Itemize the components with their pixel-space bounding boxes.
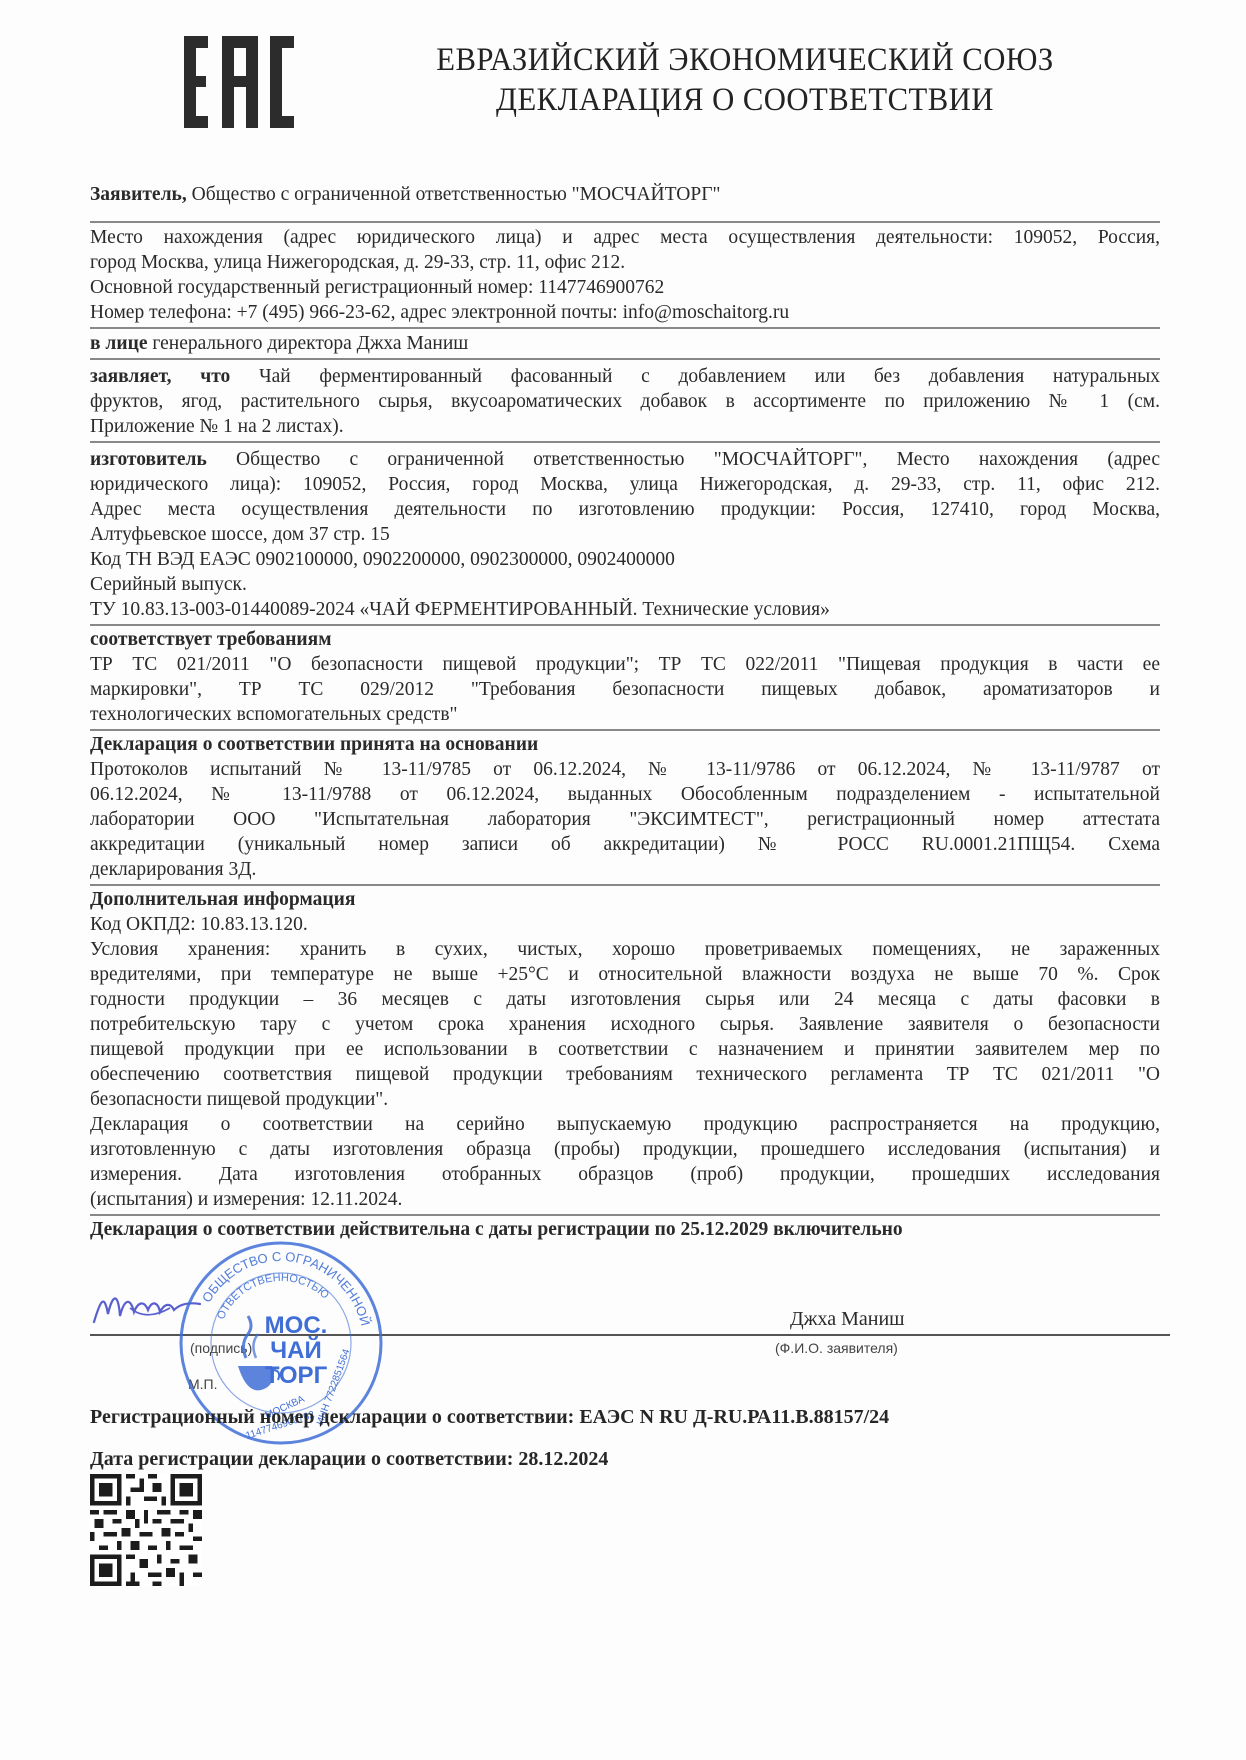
technical-conditions: ТУ 10.83.13-003-01440089-2024 «ЧАЙ ФЕРМЕ… (90, 597, 1160, 622)
applicant-value: Общество с ограниченной ответственностью… (187, 184, 721, 205)
basis-line-3: лаборатории ООО "Испытательная лаборатор… (90, 807, 1160, 832)
registration-date: Дата регистрации декларации о соответств… (90, 1448, 608, 1471)
additional-title: Дополнительная информация (90, 888, 1160, 912)
seal-brand-2: ЧАЙ (270, 1336, 321, 1364)
storage-line: годности продукции – 36 месяцев с даты и… (90, 987, 1160, 1012)
declaration-page: ЕВРАЗИЙСКИЙ ЭКОНОМИЧЕСКИЙ СОЮЗ ДЕКЛАРАЦИ… (0, 0, 1246, 1760)
basis-line-2: 06.12.2024, № 13-11/9788 от 06.12.2024, … (90, 782, 1160, 807)
name-line (478, 1334, 1170, 1336)
requirements-line-2: маркировки", ТР ТС 029/2012 "Требования … (90, 677, 1160, 702)
storage-line: потребительскую тару с учетом срока хран… (90, 1012, 1160, 1037)
applicant-row: Заявитель, Общество с ограниченной ответ… (90, 182, 1160, 207)
represented-label: в лице (90, 333, 147, 354)
serial-line: измерения. Дата изготовления отобранных … (90, 1162, 1160, 1187)
address-line-1: Место нахождения (адрес юридического лиц… (90, 225, 1160, 250)
manufacturer-label: изготовитель (90, 449, 207, 470)
divider (90, 624, 1160, 626)
declares-line-2: фруктов, ягод, растительного сырья, вкус… (90, 389, 1160, 414)
serial-line: (испытания) и измерения: 12.11.2024. (90, 1187, 1160, 1212)
basis-section: Декларация о соответствии принята на осн… (90, 733, 1160, 882)
manufacturer-section: изготовитель Общество с ограниченной отв… (90, 447, 1160, 622)
requirements-line-3: технологических вспомогательных средств" (90, 702, 1160, 727)
basis-line-4: аккредитации (уникальный номер записи об… (90, 832, 1160, 857)
divider (90, 884, 1160, 886)
storage-line: пищевой продукции при ее использовании в… (90, 1037, 1160, 1062)
address-line-2: город Москва, улица Нижегородская, д. 29… (90, 250, 1160, 275)
applicant-name: Джха Маниш (790, 1308, 905, 1331)
divider (90, 221, 1160, 223)
serial-release: Серийный выпуск. (90, 572, 1160, 597)
qr-code-icon[interactable] (90, 1474, 202, 1586)
manufacturer-line-3: Адрес места осуществления деятельности п… (90, 497, 1160, 522)
represented-by-row: в лице генерального директора Джха Маниш (90, 331, 1160, 356)
storage-line: вредителями, при температуре не выше +25… (90, 962, 1160, 987)
basis-line-5: декларирования 3Д. (90, 857, 1160, 882)
address-section: Место нахождения (адрес юридического лиц… (90, 225, 1160, 325)
basis-title: Декларация о соответствии принята на осн… (90, 733, 1160, 757)
divider (90, 358, 1160, 360)
applicant-label: Заявитель, (90, 184, 187, 205)
tn-ved-codes: Код ТН ВЭД ЕАЭС 0902100000, 0902200000, … (90, 547, 1160, 572)
divider (90, 1214, 1160, 1216)
manufacturer-line-2: юридического лица): 109052, Россия, горо… (90, 472, 1160, 497)
divider (90, 729, 1160, 731)
ogrn: Основной государственный регистрационный… (90, 275, 1160, 300)
divider (90, 327, 1160, 329)
contacts: Номер телефона: +7 (495) 966-23-62, адре… (90, 300, 1160, 325)
title-union: ЕВРАЗИЙСКИЙ ЭКОНОМИЧЕСКИЙ СОЮЗ (396, 40, 1094, 80)
document-title: ЕВРАЗИЙСКИЙ ЭКОНОМИЧЕСКИЙ СОЮЗ ДЕКЛАРАЦИ… (370, 40, 1120, 120)
divider (90, 441, 1160, 443)
requirements-line-1: ТР ТС 021/2011 "О безопасности пищевой п… (90, 652, 1160, 677)
title-declaration: ДЕКЛАРАЦИЯ О СООТВЕТСТВИИ (396, 80, 1094, 120)
additional-section: Дополнительная информация Код ОКПД2: 10.… (90, 888, 1160, 1212)
represented-value: генерального директора Джха Маниш (147, 333, 468, 354)
manufacturer-line-4: Алтуфьевское шоссе, дом 37 стр. 15 (90, 522, 1160, 547)
serial-line: Декларация о соответствии на серийно вып… (90, 1112, 1160, 1137)
eac-logo-icon (184, 36, 292, 128)
declares-line-1: Чай ферментированный фасованный с добавл… (230, 366, 1160, 387)
name-caption: (Ф.И.О. заявителя) (775, 1340, 898, 1356)
declaration-body: Заявитель, Общество с ограниченной ответ… (90, 182, 1160, 1242)
declares-section: заявляет, что Чай ферментированный фасов… (90, 364, 1160, 439)
basis-line-1: Протоколов испытаний № 13-11/9785 от 06.… (90, 757, 1160, 782)
storage-line: безопасности пищевой продукции". (90, 1087, 1160, 1112)
okpd-code: Код ОКПД2: 10.83.13.120. (90, 912, 1160, 937)
requirements-section: соответствует требованиям ТР ТС 021/2011… (90, 628, 1160, 727)
storage-line: Условия хранения: хранить в сухих, чисты… (90, 937, 1160, 962)
manufacturer-line-1: Общество с ограниченной ответственностью… (207, 449, 1160, 470)
declares-line-3: Приложение № 1 на 2 листах). (90, 414, 1160, 439)
seal-brand-3: ТОРГ (265, 1362, 328, 1389)
requirements-title: соответствует требованиям (90, 628, 1160, 652)
seal-brand-1: МОС. (265, 1312, 328, 1339)
serial-line: изготовленную с даты изготовления образц… (90, 1137, 1160, 1162)
storage-line: обеспечению соответствия пищевой продукц… (90, 1062, 1160, 1087)
declares-label: заявляет, что (90, 366, 230, 387)
registration-number: Регистрационный номер декларации о соотв… (90, 1406, 889, 1429)
